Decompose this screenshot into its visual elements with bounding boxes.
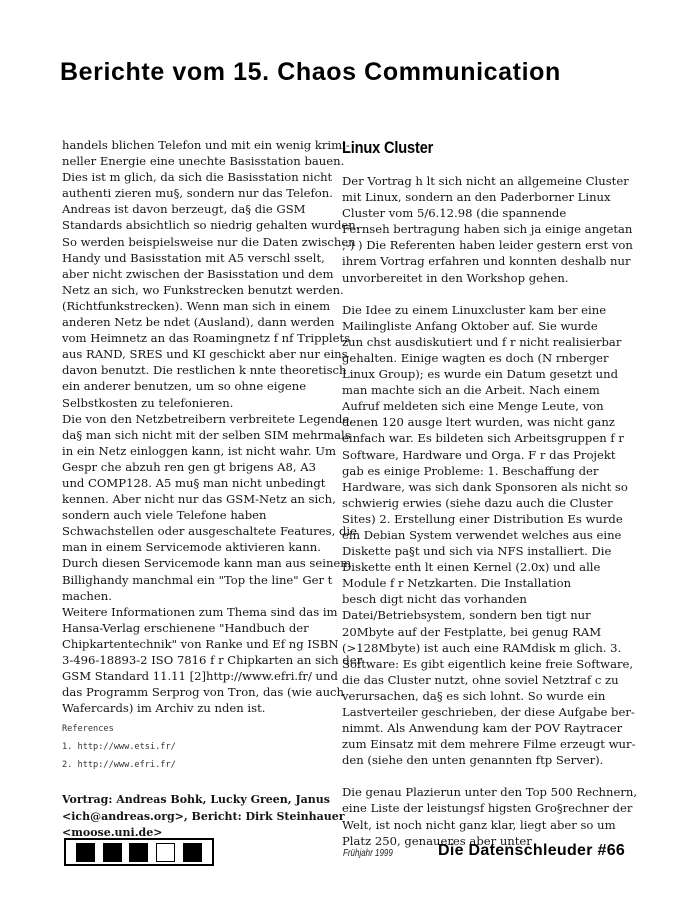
text-line: und COMP128. A5 mu§ man nicht unbedingt (62, 475, 337, 491)
empty-square-icon (156, 843, 175, 862)
text-line: aus RAND, SRES und KI geschickt aber nur… (62, 346, 337, 362)
magazine-name: Die Datenschleuder #66 (438, 842, 625, 860)
text-line: denen 120 ausge ltert wurden, was nicht … (342, 414, 634, 430)
text-line: Standards absichtlich so niedrig gehalte… (62, 217, 337, 233)
text-line: Schwachstellen oder ausgeschaltete Featu… (62, 523, 337, 539)
text-line: Software: Es gibt eigentlich keine freie… (342, 656, 634, 672)
text-line: die das Cluster nutzt, ohne soviel Netzt… (342, 672, 634, 688)
filled-square-icon (103, 843, 122, 862)
text-line: Chipkartentechnik" von Ranke und Ef ng I… (62, 636, 337, 652)
text-line: sondern auch viele Telefone haben (62, 507, 337, 523)
text-line: Diskette enth lt einen Kernel (2.0x) und… (342, 559, 634, 575)
text-line: anderen Netz be ndet (Ausland), dann wer… (62, 314, 337, 330)
text-line: Billighandy manchmal ein "Top the line" … (62, 572, 337, 588)
left-column-body: handels blichen Telefon und mit ein weni… (62, 137, 337, 716)
text-line: aber nicht zwischen der Basisstation und… (62, 266, 337, 282)
page-title: Berichte vom 15. Chaos Communication (60, 58, 561, 87)
text-line: gab es einige Probleme: 1. Beschaffung d… (342, 463, 634, 479)
text-line: Software, Hardware und Orga. F r das Pro… (342, 447, 634, 463)
text-line: Dies ist m glich, da sich die Basisstati… (62, 169, 337, 185)
text-line: Module f r Netzkarten. Die Installation (342, 575, 634, 591)
text-line: GSM Standard 11.11 [2]http://www.efri.fr… (62, 668, 337, 684)
text-line: So werden beispielsweise nur die Daten z… (62, 234, 337, 250)
text-line: Selbstkosten zu telefonieren. (62, 395, 337, 411)
text-line: schwierig erwies (siehe dazu auch die Cl… (342, 495, 634, 511)
filled-square-icon (129, 843, 148, 862)
text-line: Der Vortrag h lt sich nicht an allgemein… (342, 173, 634, 189)
text-line: man machte sich an die Arbeit. Nach eine… (342, 382, 634, 398)
text-line: handels blichen Telefon und mit ein weni… (62, 137, 337, 153)
text-line: kennen. Aber nicht nur das GSM-Netz an s… (62, 491, 337, 507)
paragraph-gap (342, 768, 634, 784)
text-line: besch digt nicht das vorhanden (342, 591, 634, 607)
byline: Vortrag: Andreas Bohk, Lucky Green, Janu… (62, 792, 337, 842)
text-line: Durch diesen Servicemode kann man aus se… (62, 555, 337, 571)
text-line: Wafercards) im Archiv zu nden ist. (62, 700, 337, 716)
text-line: Gespr che abzuh ren gen gt brigens A8, A… (62, 459, 337, 475)
reference-link[interactable]: 2. http://www.efri.fr/ (62, 756, 337, 774)
references: References 1. http://www.etsi.fr/ 2. htt… (62, 720, 337, 774)
issue-date: Frühjahr 1999 (343, 848, 393, 859)
text-line: neller Energie eine unechte Basisstation… (62, 153, 337, 169)
text-line: ein Debian System verwendet welches aus … (342, 527, 634, 543)
text-line: vom Heimnetz an das Roamingnetz f nf Tri… (62, 330, 337, 346)
text-line: in ein Netz einloggen kann, ist nicht wa… (62, 443, 337, 459)
paragraph: Der Vortrag h lt sich nicht an allgemein… (342, 173, 634, 286)
left-column: handels blichen Telefon und mit ein weni… (62, 137, 337, 842)
text-line: davon benutzt. Die restlichen k nnte the… (62, 362, 337, 378)
section-heading: Linux Cluster (342, 137, 593, 163)
text-line: (>128Mbyte) ist auch eine RAMdisk m glic… (342, 640, 634, 656)
text-line: verursachen, da§ es sich lohnt. So wurde… (342, 688, 634, 704)
paragraph-gap (342, 286, 634, 302)
text-line: Cluster vom 5/6.12.98 (die spannende (342, 205, 634, 221)
text-line: Mailingliste Anfang Oktober auf. Sie wur… (342, 318, 634, 334)
datenschleuder-logo (64, 838, 214, 866)
paragraph: Die Idee zu einem Linuxcluster kam ber e… (342, 302, 634, 769)
text-line: Lastverteiler geschrieben, der diese Auf… (342, 704, 634, 720)
text-line: Handy und Basisstation mit A5 verschl ss… (62, 250, 337, 266)
text-line: Die von den Netzbetreibern verbreitete L… (62, 411, 337, 427)
text-line: Netz an sich, wo Funkstrecken benutzt we… (62, 282, 337, 298)
text-line: Datei/Betriebsystem, sondern ben tigt nu… (342, 607, 634, 623)
reference-link[interactable]: 1. http://www.etsi.fr/ (62, 738, 337, 756)
text-line: Aufruf meldeten sich eine Menge Leute, v… (342, 398, 634, 414)
text-line: ;-) ) Die Referenten haben leider gester… (342, 237, 634, 253)
text-line: zum Einsatz mit dem mehrere Filme erzeug… (342, 736, 634, 752)
text-line: 20Mbyte auf der Festplatte, bei genug RA… (342, 624, 634, 640)
text-line: machen. (62, 588, 337, 604)
filled-square-icon (183, 843, 202, 862)
right-column-body: Der Vortrag h lt sich nicht an allgemein… (342, 173, 634, 849)
text-line: Welt, ist noch nicht ganz klar, liegt ab… (342, 817, 634, 833)
text-line: den (siehe den unten genannten ftp Serve… (342, 752, 634, 768)
text-line: da§ man sich nicht mit der selben SIM me… (62, 427, 337, 443)
text-line: Linux Group); es wurde ein Datum gesetzt… (342, 366, 634, 382)
text-line: authenti zieren mu§, sondern nur das Tel… (62, 185, 337, 201)
text-line: Hardware, was sich dank Sponsoren als ni… (342, 479, 634, 495)
byline-line: Vortrag: Andreas Bohk, Lucky Green, Janu… (62, 792, 337, 809)
text-line: nimmt. Als Anwendung kam der POV Raytrac… (342, 720, 634, 736)
text-line: Die genau Plazierun unter den Top 500 Re… (342, 784, 634, 800)
text-line: einfach war. Es bildeten sich Arbeitsgru… (342, 430, 634, 446)
text-line: Diskette pa§t und sich via NFS installie… (342, 543, 634, 559)
text-line: Fernseh bertragung haben sich ja einige … (342, 221, 634, 237)
text-line: das Programm Serprog von Tron, das (wie … (62, 684, 337, 700)
byline-line: <ich@andreas.org>, Bericht: Dirk Steinha… (62, 809, 337, 826)
text-line: eine Liste der leistungsf higsten Gro§re… (342, 800, 634, 816)
text-line: Die Idee zu einem Linuxcluster kam ber e… (342, 302, 634, 318)
text-line: Andreas ist davon berzeugt, da§ die GSM (62, 201, 337, 217)
text-line: Weitere Informationen zum Thema sind das… (62, 604, 337, 620)
text-line: unvorbereitet in den Workshop gehen. (342, 270, 634, 286)
text-line: 3-496-18893-2 ISO 7816 f r Chipkarten an… (62, 652, 337, 668)
text-line: ihrem Vortrag erfahren und konnten desha… (342, 253, 634, 269)
text-line: man in einem Servicemode aktivieren kann… (62, 539, 337, 555)
text-line: gehalten. Einige wagten es doch (N rnber… (342, 350, 634, 366)
text-line: Hansa-Verlag erschienene "Handbuch der (62, 620, 337, 636)
right-column: Linux Cluster Der Vortrag h lt sich nich… (342, 137, 634, 849)
text-line: Sites) 2. Erstellung einer Distribution … (342, 511, 634, 527)
filled-square-icon (76, 843, 95, 862)
text-line: zun chst ausdiskutiert und f r nicht rea… (342, 334, 634, 350)
text-line: (Richtfunkstrecken). Wenn man sich in ei… (62, 298, 337, 314)
paragraph: Die genau Plazierun unter den Top 500 Re… (342, 784, 634, 848)
text-line: ein anderer benutzen, um so ohne eigene (62, 378, 337, 394)
text-line: mit Linux, sondern an den Paderborner Li… (342, 189, 634, 205)
references-heading: References (62, 720, 337, 738)
